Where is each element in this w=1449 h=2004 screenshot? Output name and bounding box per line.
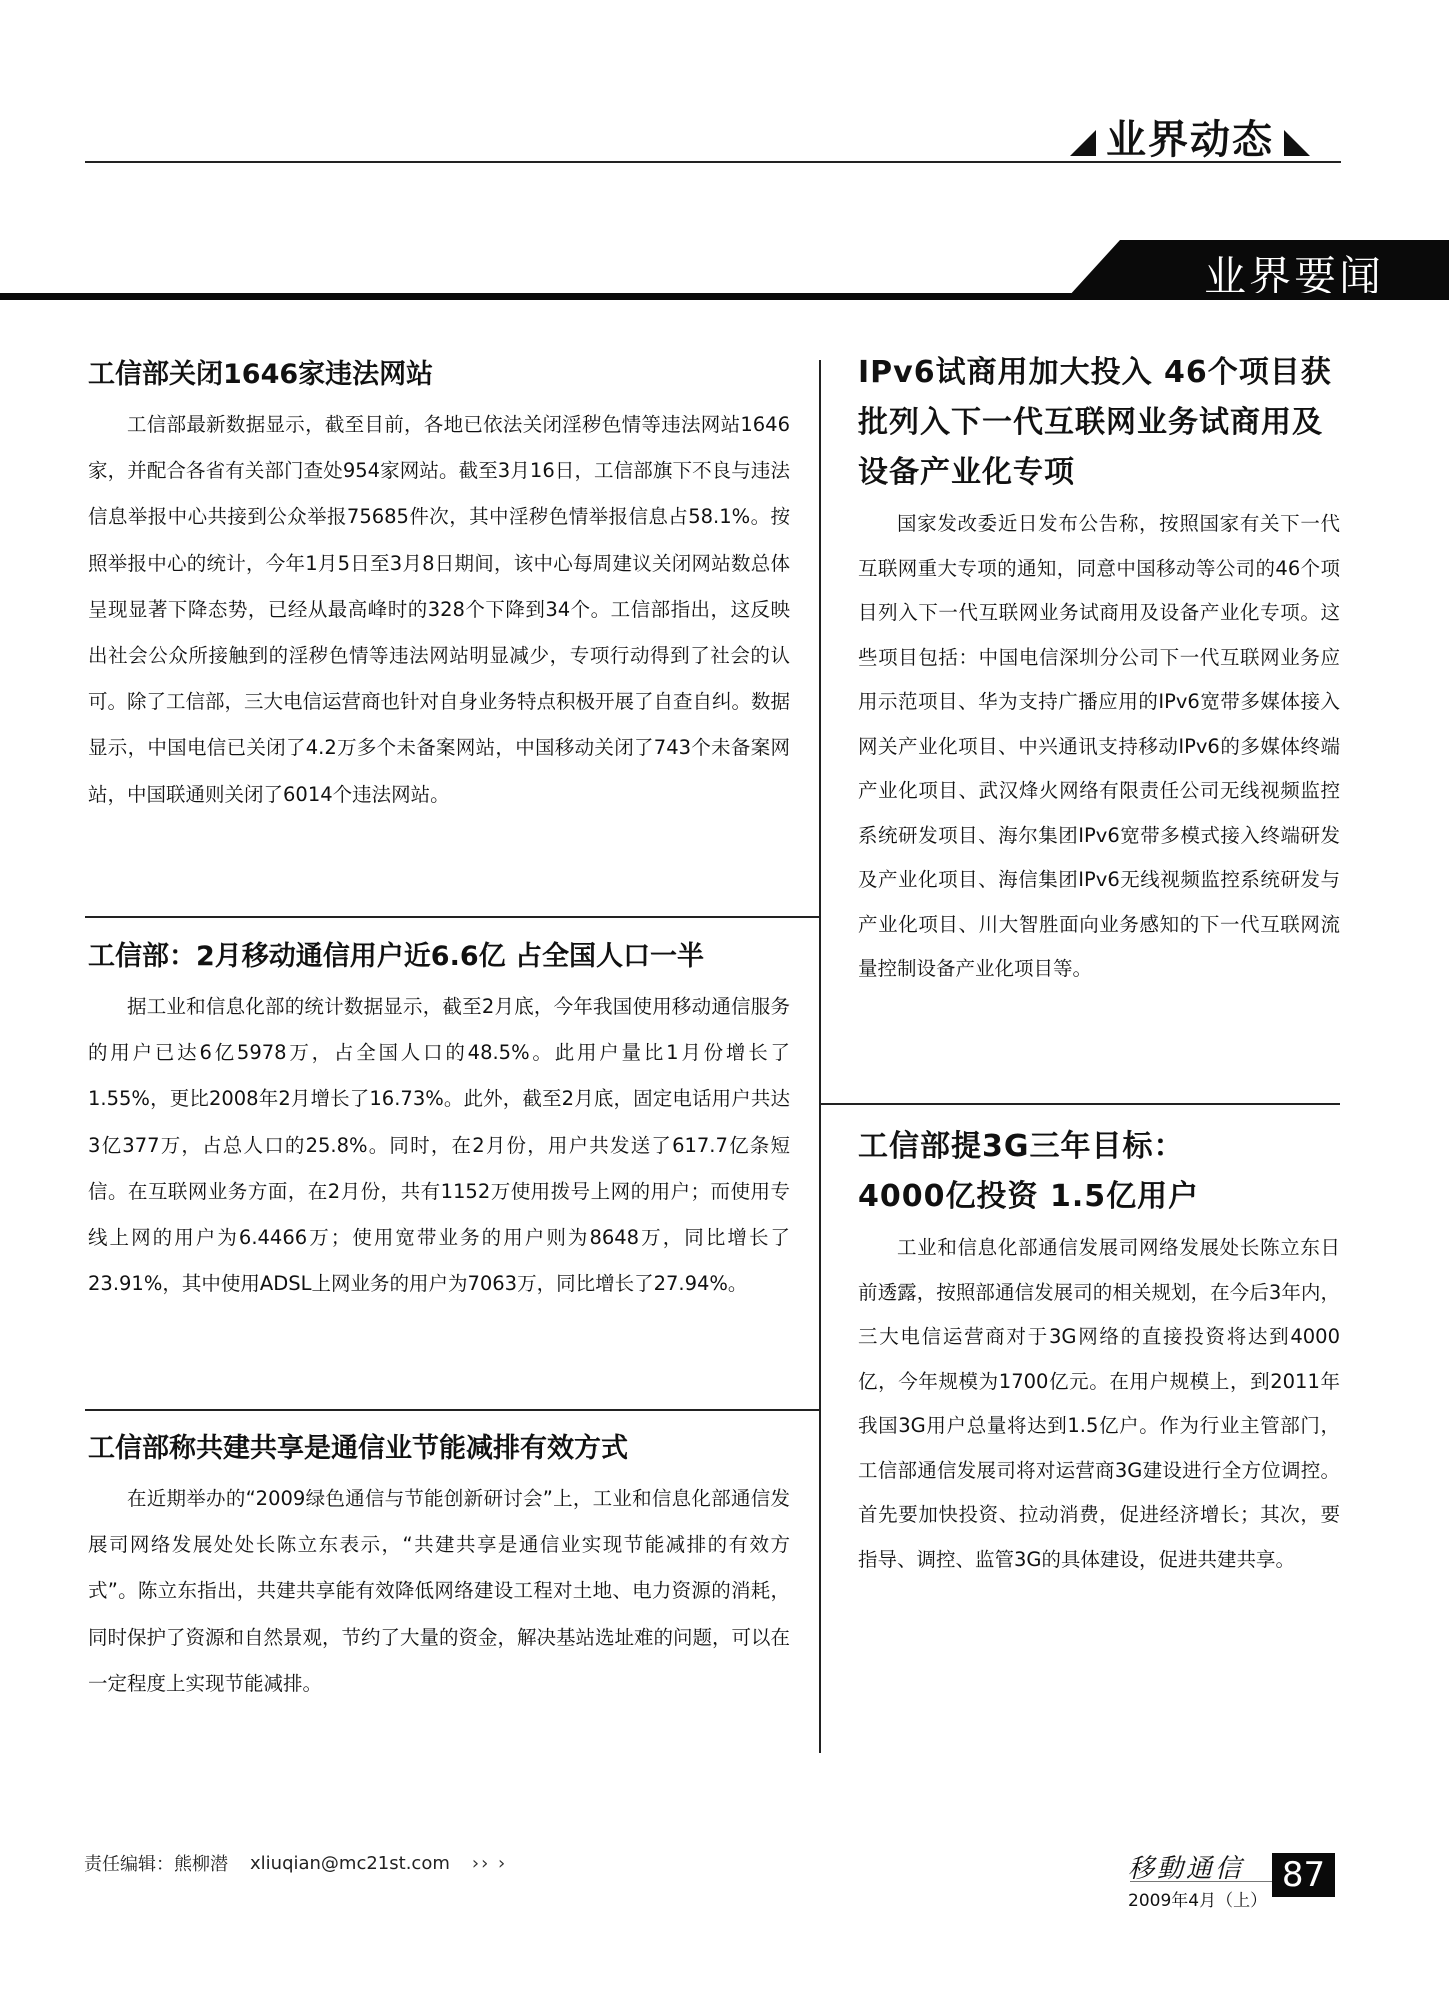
chevron-right-icon: ›› ›	[472, 1853, 507, 1874]
magazine-logo: 移動通信	[1128, 1848, 1244, 1885]
article-mobile-users: 工信部：2月移动通信用户近6.6亿 占全国人口一半 据工业和信息化部的统计数据显…	[88, 940, 790, 1307]
article-headline: 工信部称共建共享是通信业节能减排有效方式	[88, 1432, 790, 1466]
article-website-closure: 工信部关闭1646家违法网站 工信部最新数据显示，截至目前，各地已依法关闭淫秽色…	[88, 358, 790, 818]
article-divider	[820, 1103, 1340, 1105]
editor-label: 责任编辑：熊柳潜	[84, 1850, 228, 1876]
article-body: 国家发改委近日发布公告称，按照国家有关下一代互联网重大专项的通知，同意中国移动等…	[858, 502, 1340, 992]
banner-rule	[0, 293, 1449, 300]
article-headline: 工信部：2月移动通信用户近6.6亿 占全国人口一半	[88, 940, 790, 974]
issue-date: 2009年4月（上）	[1128, 1886, 1267, 1911]
article-divider	[85, 916, 821, 918]
section-banner: 业界要闻	[1068, 240, 1449, 297]
article-body: 在近期举办的“2009绿色通信与节能创新研讨会”上，工业和信息化部通信发展司网络…	[88, 1476, 790, 1707]
article-headline-line2: 4000亿投资 1.5亿用户	[858, 1172, 1340, 1222]
triangle-left-icon	[1070, 130, 1096, 156]
article-body: 工业和信息化部通信发展司网络发展处长陈立东日前透露，按照部通信发展司的相关规划，…	[858, 1226, 1340, 1582]
article-3g-targets: 工信部提3G三年目标： 4000亿投资 1.5亿用户 工业和信息化部通信发展司网…	[858, 1122, 1340, 1582]
header-rule	[85, 161, 1341, 163]
triangle-right-icon	[1284, 130, 1310, 156]
section-header: 业界动态	[1070, 110, 1310, 162]
article-divider	[85, 1409, 821, 1411]
article-ipv6-projects: IPv6试商用加大投入 46个项目获批列入下一代互联网业务试商用及设备产业化专项…	[858, 348, 1340, 992]
column-divider	[819, 360, 821, 1753]
section-title: 业界动态	[1106, 108, 1274, 165]
article-body: 工信部最新数据显示，截至目前，各地已依法关闭淫秽色情等违法网站1646家，并配合…	[88, 402, 790, 818]
article-headline: 工信部关闭1646家违法网站	[88, 358, 790, 392]
article-headline-line1: 工信部提3G三年目标：	[858, 1122, 1340, 1172]
article-body: 据工业和信息化部的统计数据显示，截至2月底，今年我国使用移动通信服务的用户已达6…	[88, 984, 790, 1307]
article-infrastructure-sharing: 工信部称共建共享是通信业节能减排有效方式 在近期举办的“2009绿色通信与节能创…	[88, 1432, 790, 1707]
page-number: 87	[1272, 1853, 1335, 1897]
article-headline: IPv6试商用加大投入 46个项目获批列入下一代互联网业务试商用及设备产业化专项	[858, 348, 1340, 498]
editor-email[interactable]: xliuqian@mc21st.com	[250, 1853, 450, 1874]
footer-credits: 责任编辑：熊柳潜 xliuqian@mc21st.com ›› ›	[84, 1850, 507, 1876]
logo-rule	[1130, 1881, 1272, 1882]
